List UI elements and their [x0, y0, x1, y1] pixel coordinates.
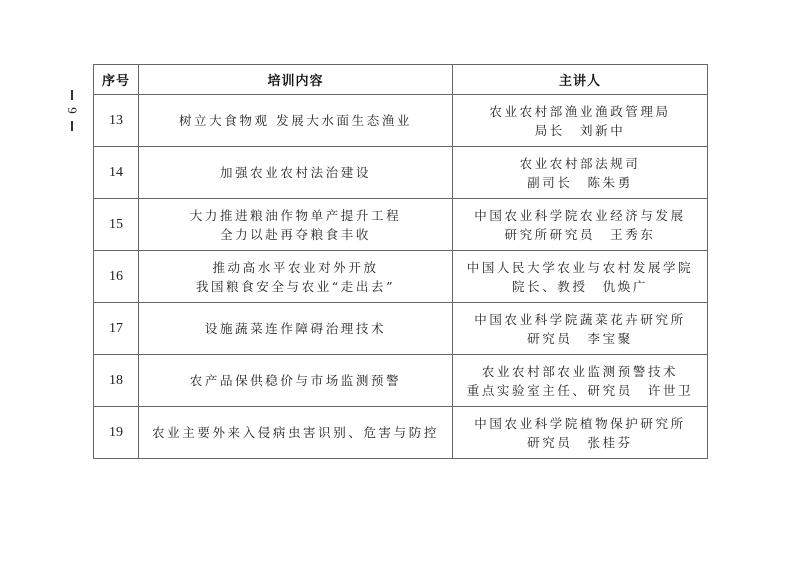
- speaker-affiliation: 中国农业科学院农业经济与发展: [453, 206, 707, 225]
- header-training-content: 培训内容: [139, 65, 453, 95]
- row-serial-number: 15: [94, 199, 139, 251]
- row-training-content: 农产品保供稳价与市场监测预警: [139, 355, 453, 407]
- row-serial-number: 19: [94, 407, 139, 459]
- table-row: 15 大力推进粮油作物单产提升工程 全力以赴再夺粮食丰收 中国农业科学院农业经济…: [94, 199, 708, 251]
- content-line: 全力以赴再夺粮食丰收: [139, 225, 452, 244]
- training-schedule-table: 序号 培训内容 主讲人 13 树立大食物观 发展大水面生态渔业 农业农村部渔业渔…: [93, 64, 708, 459]
- row-serial-number: 13: [94, 95, 139, 147]
- page-number-dash-top: [71, 90, 73, 100]
- speaker-title-name: 副司长 陈朱勇: [453, 173, 707, 192]
- row-speaker: 中国农业科学院农业经济与发展 研究所研究员 王秀东: [453, 199, 708, 251]
- speaker-title-name: 重点实验室主任、研究员 许世卫: [453, 381, 707, 400]
- speaker-affiliation: 中国人民大学农业与农村发展学院: [453, 258, 707, 277]
- table-row: 19 农业主要外来入侵病虫害识别、危害与防控 中国农业科学院植物保护研究所 研究…: [94, 407, 708, 459]
- speaker-affiliation: 中国农业科学院蔬菜花卉研究所: [453, 310, 707, 329]
- content-line: 设施蔬菜连作障碍治理技术: [139, 319, 452, 338]
- content-line: 农业主要外来入侵病虫害识别、危害与防控: [139, 423, 452, 442]
- content-line: 农产品保供稳价与市场监测预警: [139, 371, 452, 390]
- row-speaker: 农业农村部法规司 副司长 陈朱勇: [453, 147, 708, 199]
- page-number: 9: [60, 85, 84, 135]
- speaker-title-name: 研究员 张桂芬: [453, 433, 707, 452]
- speaker-affiliation: 农业农村部农业监测预警技术: [453, 362, 707, 381]
- row-serial-number: 16: [94, 251, 139, 303]
- header-serial-number: 序号: [94, 65, 139, 95]
- content-line: 我国粮食安全与农业“走出去”: [139, 277, 452, 296]
- content-line: 加强农业农村法治建设: [139, 163, 452, 182]
- row-training-content: 推动高水平农业对外开放 我国粮食安全与农业“走出去”: [139, 251, 453, 303]
- row-serial-number: 14: [94, 147, 139, 199]
- content-line: 大力推进粮油作物单产提升工程: [139, 206, 452, 225]
- row-speaker: 中国农业科学院蔬菜花卉研究所 研究员 李宝聚: [453, 303, 708, 355]
- table-row: 16 推动高水平农业对外开放 我国粮食安全与农业“走出去” 中国人民大学农业与农…: [94, 251, 708, 303]
- content-line: 树立大食物观 发展大水面生态渔业: [139, 111, 452, 130]
- speaker-title-name: 局长 刘新中: [453, 121, 707, 140]
- row-training-content: 加强农业农村法治建设: [139, 147, 453, 199]
- table-row: 13 树立大食物观 发展大水面生态渔业 农业农村部渔业渔政管理局 局长 刘新中: [94, 95, 708, 147]
- row-training-content: 农业主要外来入侵病虫害识别、危害与防控: [139, 407, 453, 459]
- table-header-row: 序号 培训内容 主讲人: [94, 65, 708, 95]
- row-training-content: 树立大食物观 发展大水面生态渔业: [139, 95, 453, 147]
- row-training-content: 设施蔬菜连作障碍治理技术: [139, 303, 453, 355]
- content-line: 推动高水平农业对外开放: [139, 258, 452, 277]
- table-row: 14 加强农业农村法治建设 农业农村部法规司 副司长 陈朱勇: [94, 147, 708, 199]
- table-row: 18 农产品保供稳价与市场监测预警 农业农村部农业监测预警技术 重点实验室主任、…: [94, 355, 708, 407]
- speaker-title-name: 研究员 李宝聚: [453, 329, 707, 348]
- row-speaker: 农业农村部渔业渔政管理局 局长 刘新中: [453, 95, 708, 147]
- speaker-affiliation: 农业农村部渔业渔政管理局: [453, 102, 707, 121]
- row-serial-number: 17: [94, 303, 139, 355]
- row-serial-number: 18: [94, 355, 139, 407]
- header-speaker: 主讲人: [453, 65, 708, 95]
- table-row: 17 设施蔬菜连作障碍治理技术 中国农业科学院蔬菜花卉研究所 研究员 李宝聚: [94, 303, 708, 355]
- speaker-title-name: 研究所研究员 王秀东: [453, 225, 707, 244]
- speaker-affiliation: 中国农业科学院植物保护研究所: [453, 414, 707, 433]
- row-speaker: 农业农村部农业监测预警技术 重点实验室主任、研究员 许世卫: [453, 355, 708, 407]
- speaker-affiliation: 农业农村部法规司: [453, 154, 707, 173]
- row-training-content: 大力推进粮油作物单产提升工程 全力以赴再夺粮食丰收: [139, 199, 453, 251]
- page-number-dash-bottom: [71, 121, 73, 131]
- speaker-title-name: 院长、教授 仇焕广: [453, 277, 707, 296]
- page-number-value: 9: [66, 107, 79, 114]
- row-speaker: 中国农业科学院植物保护研究所 研究员 张桂芬: [453, 407, 708, 459]
- row-speaker: 中国人民大学农业与农村发展学院 院长、教授 仇焕广: [453, 251, 708, 303]
